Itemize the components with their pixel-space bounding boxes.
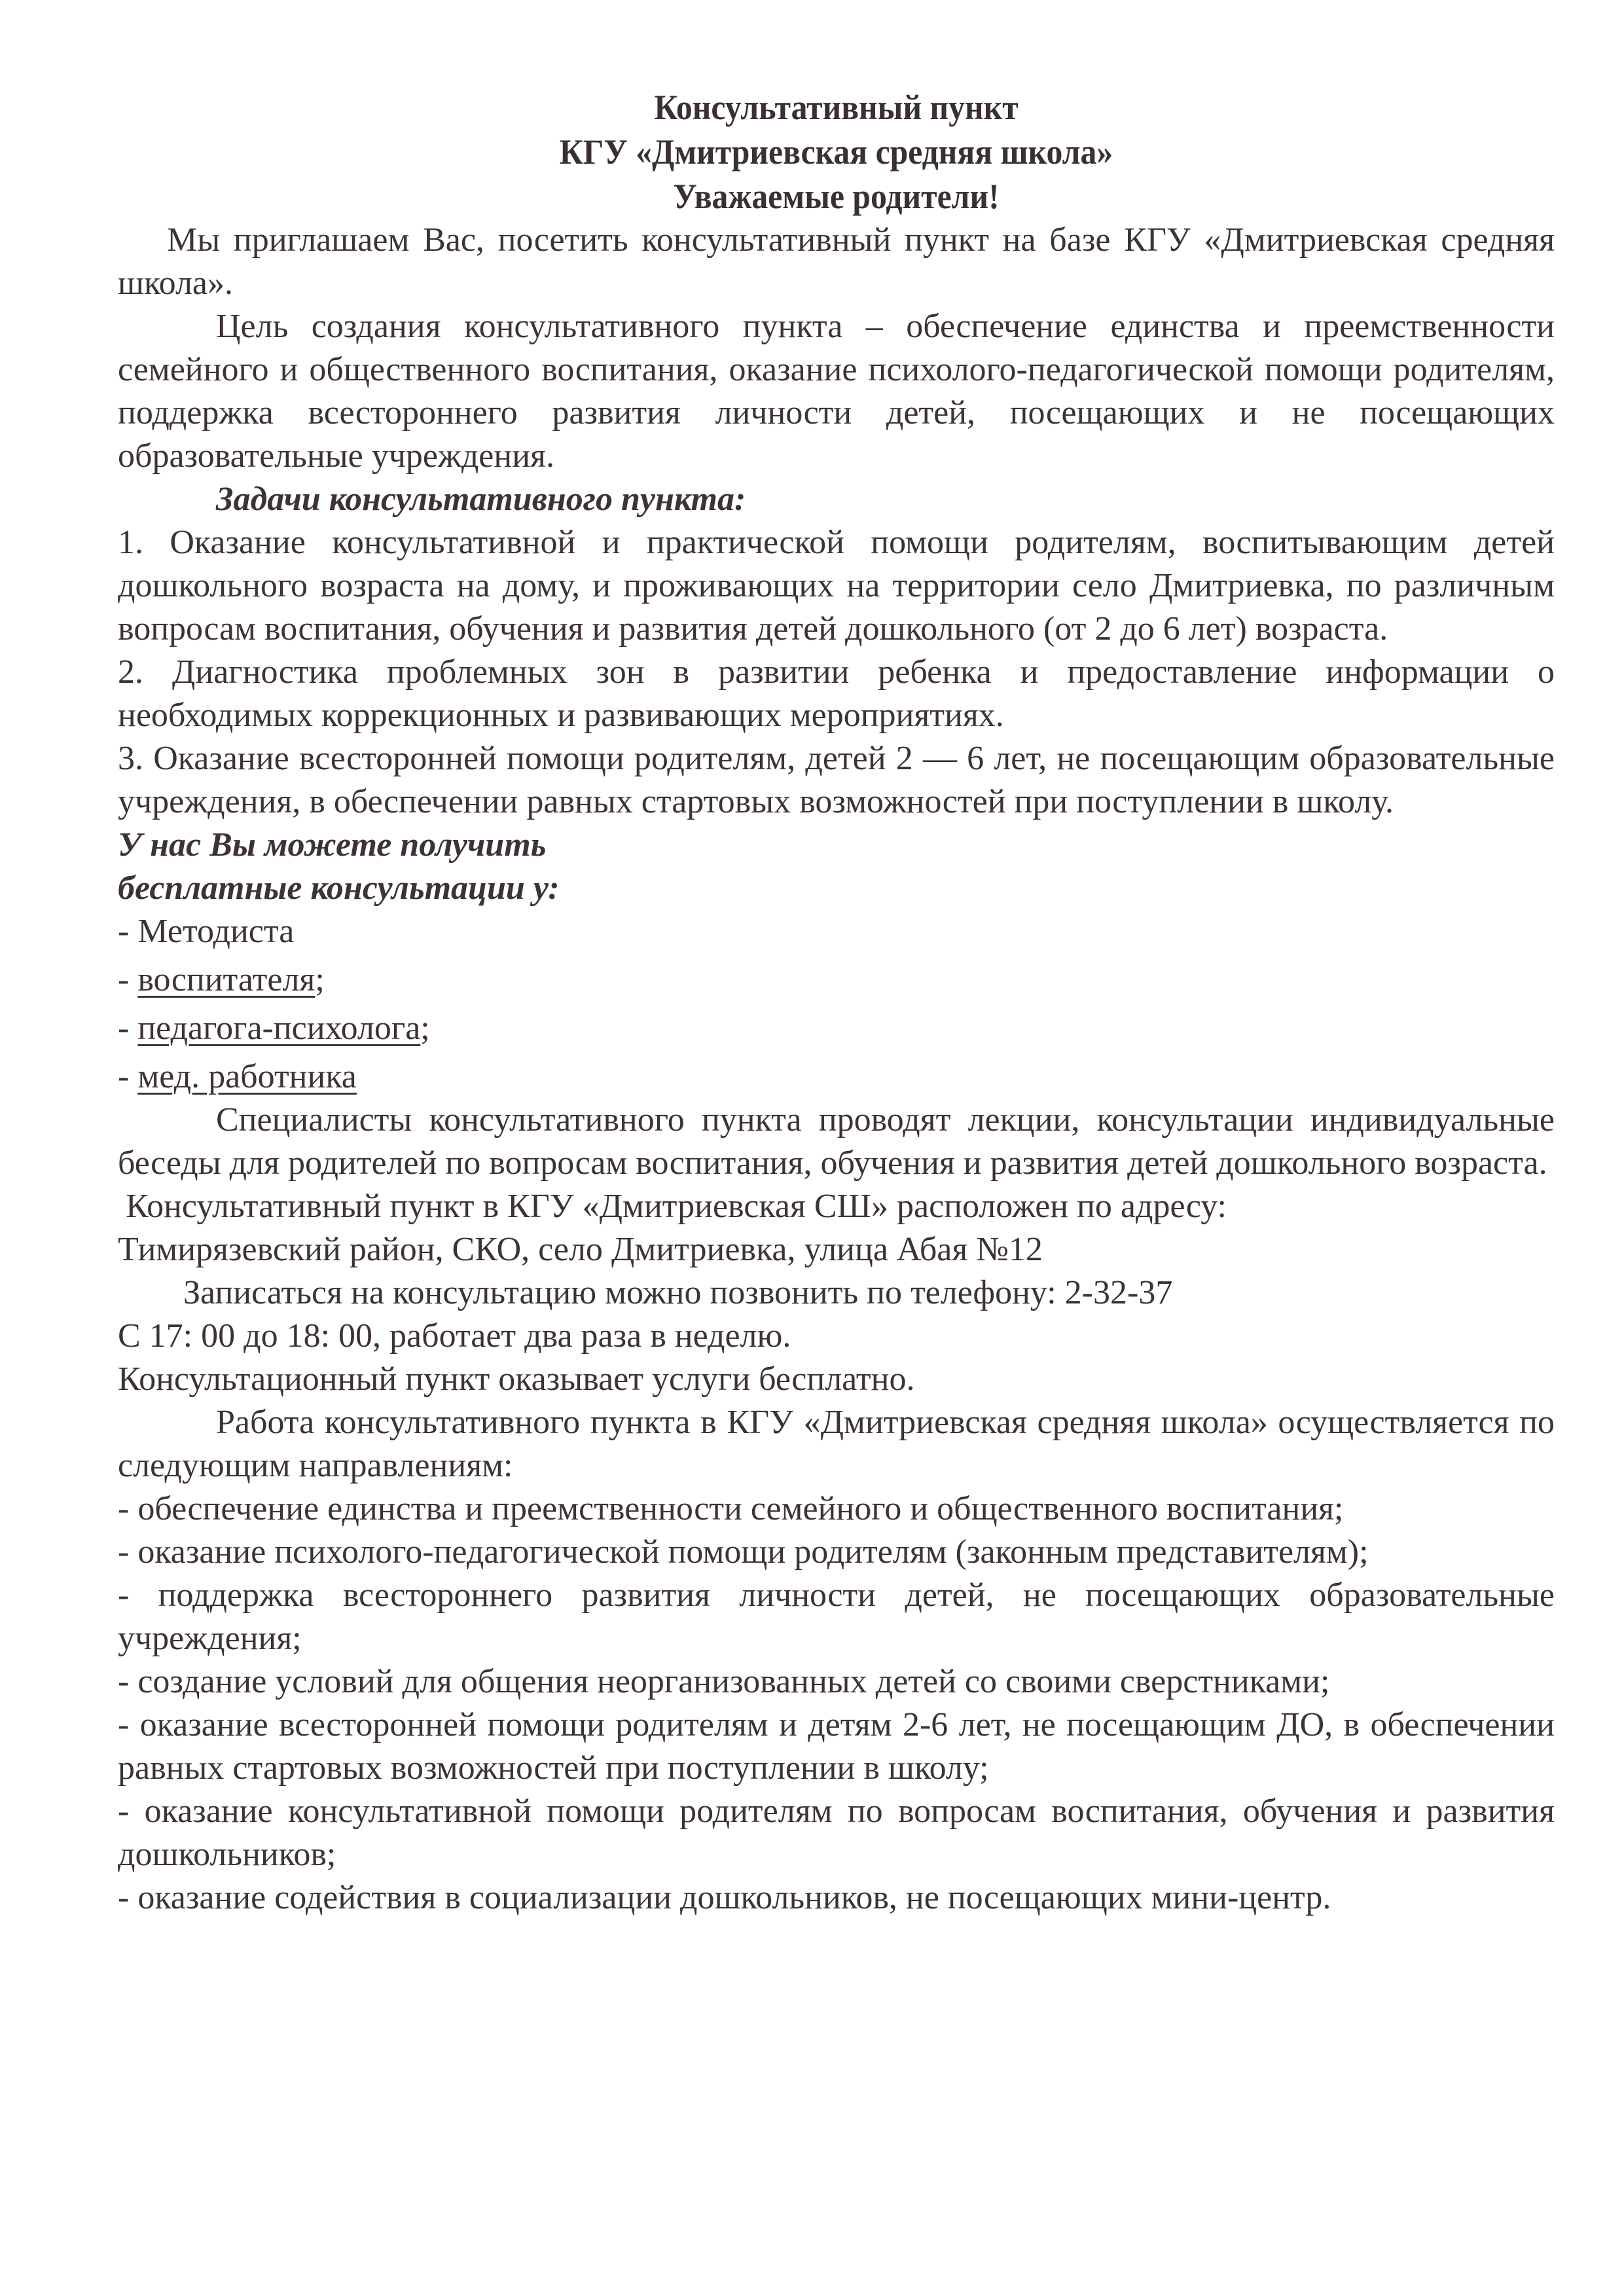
goal-paragraph: Цель создания консультативного пункта – …	[118, 305, 1555, 478]
contact-phone: Записаться на консультацию можно позвони…	[118, 1271, 1555, 1315]
specialist-item: - воспитателя;	[118, 958, 1555, 1002]
task-item: 2. Диагностика проблемных зон в развитии…	[118, 651, 1555, 737]
specialist-label: мед. работника	[137, 1058, 357, 1095]
intro-paragraph: Мы приглашаем Вас, посетить консультатив…	[118, 219, 1555, 305]
list-dash: -	[118, 961, 129, 998]
directions-section: Работа консультативного пункта в КГУ «Дм…	[118, 1401, 1555, 1920]
header-institution: КГУ «Дмитриевская средняя школа»	[175, 130, 1497, 174]
header-greeting: Уважаемые родители!	[175, 174, 1497, 219]
list-dash: -	[118, 913, 129, 950]
task-item: 1. Оказание консультативной и практическ…	[118, 521, 1555, 651]
document-page: Консультативный пункт КГУ «Дмитриевская …	[118, 85, 1555, 1920]
specialist-label: педагога-психолога	[137, 1010, 420, 1047]
specialist-item: - педагога-психолога;	[118, 1007, 1555, 1050]
consultations-heading-line2: бесплатные консультации у:	[118, 867, 1555, 910]
direction-item: - оказание всесторонней помощи родителям…	[118, 1704, 1555, 1790]
tasks-section: Задачи консультативного пункта: 1. Оказа…	[118, 478, 1555, 824]
specialists-list: - Методиста - воспитателя; - педагога-пс…	[118, 910, 1555, 1099]
location-address: Тимирязевский район, СКО, село Дмитриевк…	[118, 1228, 1555, 1271]
specialists-paragraph: Специалисты консультативного пункта пров…	[118, 1099, 1555, 1185]
direction-item: - оказание консультативной помощи родите…	[118, 1790, 1555, 1876]
header-title: Консультативный пункт	[175, 85, 1497, 130]
document-header: Консультативный пункт КГУ «Дмитриевская …	[118, 85, 1555, 219]
directions-intro: Работа консультативного пункта в КГУ «Дм…	[118, 1401, 1555, 1487]
specialist-item: - мед. работника	[118, 1055, 1555, 1099]
direction-item: - поддержка всестороннего развития лично…	[118, 1574, 1555, 1660]
specialist-label: Методиста	[137, 913, 294, 950]
consultations-heading-line1: У нас Вы можете получить	[118, 824, 1555, 867]
task-item: 3. Оказание всесторонней помощи родителя…	[118, 737, 1555, 824]
list-dash: -	[118, 1058, 129, 1095]
direction-item: - обеспечение единства и преемственности…	[118, 1487, 1555, 1531]
specialist-suffix: ;	[315, 961, 324, 998]
contact-section: Записаться на консультацию можно позвони…	[118, 1271, 1555, 1401]
location-intro: Консультативный пункт в КГУ «Дмитриевска…	[118, 1185, 1555, 1228]
contact-hours: С 17: 00 до 18: 00, работает два раза в …	[118, 1315, 1555, 1358]
contact-free-note: Консультационный пункт оказывает услуги …	[118, 1358, 1555, 1401]
specialist-suffix: ;	[420, 1010, 429, 1047]
direction-item: - создание условий для общения неорганиз…	[118, 1660, 1555, 1704]
tasks-heading: Задачи консультативного пункта:	[118, 478, 1555, 521]
direction-item: - оказание психолого-педагогической помо…	[118, 1531, 1555, 1574]
directions-list: - обеспечение единства и преемственности…	[118, 1487, 1555, 1920]
consultations-section: У нас Вы можете получить бесплатные конс…	[118, 824, 1555, 1099]
specialist-label: воспитателя	[137, 961, 315, 998]
location-section: Консультативный пункт в КГУ «Дмитриевска…	[118, 1185, 1555, 1271]
direction-item: - оказание содействия в социализации дош…	[118, 1876, 1555, 1920]
specialist-item: - Методиста	[118, 910, 1555, 953]
list-dash: -	[118, 1010, 129, 1047]
